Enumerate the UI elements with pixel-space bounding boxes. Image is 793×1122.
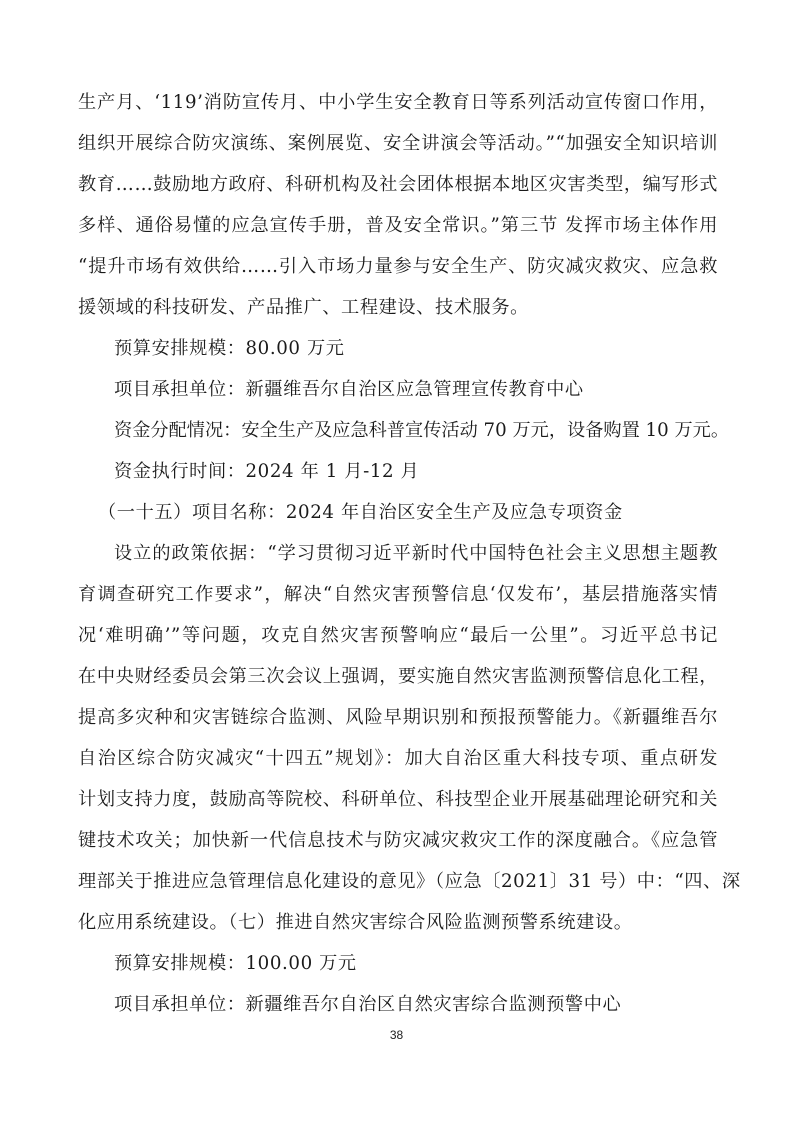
- text-line: 育调查研究工作要求”，解决“自然灾害预警信息‘仅发布’，基层措施落实情: [78, 574, 718, 615]
- text-line: 设立的政策依据：“学习贯彻习近平新时代中国特色社会主义思想主题教: [78, 533, 718, 574]
- responsible-unit: 项目承担单位：新疆维吾尔自治区自然灾害综合监测预警中心: [78, 984, 718, 1025]
- document-page: 生产月、‘119’消防宣传月、中小学生安全教育日等系列活动宣传窗口作用， 组织开…: [78, 82, 718, 1025]
- text-line: 援领域的科技研发、产品推广、工程建设、技术服务。: [78, 287, 718, 328]
- text-line: 计划支持力度，鼓励高等院校、科研单位、科技型企业开展基础理论研究和关: [78, 779, 718, 820]
- text-line: 化应用系统建设。（七）推进自然灾害综合风险监测预警系统建设。: [78, 902, 718, 943]
- text-line: 况‘难明确’”等问题，攻克自然灾害预警响应“最后一公里”。习近平总书记: [78, 615, 718, 656]
- page-number: 38: [0, 1028, 793, 1042]
- text-line: 在中央财经委员会第三次会议上强调，要实施自然灾害监测预警信息化工程，: [78, 656, 718, 697]
- text-line: 自治区综合防灾减灾“十四五”规划》：加大自治区重大科技专项、重点研发: [78, 738, 718, 779]
- project-15-section: （一十五）项目名称：2024 年自治区安全生产及应急专项资金 设立的政策依据：“…: [78, 492, 718, 1025]
- text-line: 教育……鼓励地方政府、科研机构及社会团体根据本地区灾害类型，编写形式: [78, 164, 718, 205]
- fund-allocation: 资金分配情况：安全生产及应急科普宣传活动 70 万元，设备购置 10 万元。: [78, 410, 718, 451]
- text-line: 生产月、‘119’消防宣传月、中小学生安全教育日等系列活动宣传窗口作用，: [78, 82, 718, 123]
- project-title: （一十五）项目名称：2024 年自治区安全生产及应急专项资金: [78, 492, 718, 533]
- text-line: 提高多灾种和灾害链综合监测、风险早期识别和预报预警能力。《新疆维吾尔: [78, 697, 718, 738]
- text-line: 键技术攻关；加快新一代信息技术与防灾减灾救灾工作的深度融合。《应急管: [78, 820, 718, 861]
- paragraph-market-promotion: 生产月、‘119’消防宣传月、中小学生安全教育日等系列活动宣传窗口作用， 组织开…: [78, 82, 718, 328]
- responsible-unit: 项目承担单位：新疆维吾尔自治区应急管理宣传教育中心: [78, 369, 718, 410]
- text-line: 理部关于推进应急管理信息化建设的意见》（应急〔2021〕31 号）中：“四、深: [78, 861, 718, 902]
- budget-scale: 预算安排规模：80.00 万元: [78, 328, 718, 369]
- project-14-details: 预算安排规模：80.00 万元 项目承担单位：新疆维吾尔自治区应急管理宣传教育中…: [78, 328, 718, 492]
- text-line: “提升市场有效供给……引入市场力量参与安全生产、防灾减灾救灾、应急救: [78, 246, 718, 287]
- execution-time: 资金执行时间：2024 年 1 月-12 月: [78, 451, 718, 492]
- budget-scale: 预算安排规模：100.00 万元: [78, 943, 718, 984]
- text-line: 多样、通俗易懂的应急宣传手册，普及安全常识。”第三节 发挥市场主体作用: [78, 205, 718, 246]
- text-line: 组织开展综合防灾演练、案例展览、安全讲演会等活动。”“加强安全知识培训: [78, 123, 718, 164]
